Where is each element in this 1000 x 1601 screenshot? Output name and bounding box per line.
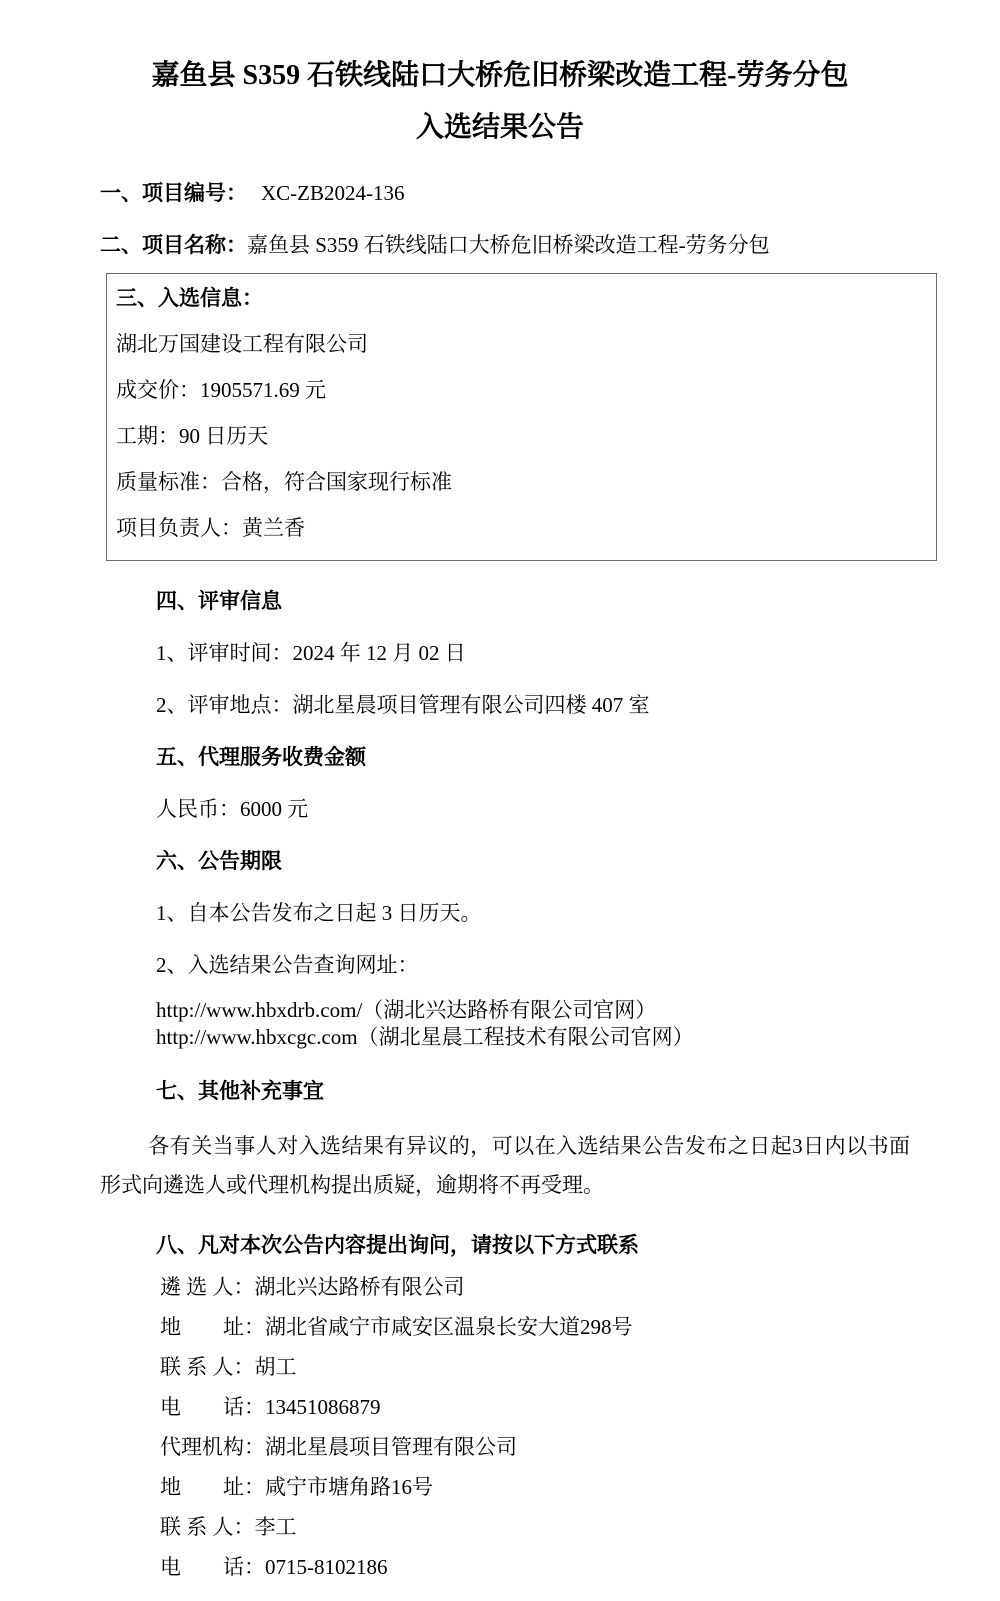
review-location: 2、评审地点：湖北星晨项目管理有限公司四楼 407 室 bbox=[156, 693, 920, 717]
project-number-value: XC-ZB2024-136 bbox=[247, 181, 405, 205]
agency-name-row: 代理机构：湖北星晨项目管理有限公司 bbox=[160, 1427, 920, 1467]
agency-phone-label: 电 话： bbox=[160, 1555, 265, 1579]
selector-phone-row: 电 话：13451086879 bbox=[160, 1387, 920, 1427]
project-name-value: 嘉鱼县 S359 石铁线陆口大桥危旧桥梁改造工程-劳务分包 bbox=[247, 233, 770, 257]
supplementary-matters-heading: 七、其他补充事宜 bbox=[156, 1079, 920, 1103]
agency-fee-heading: 五、代理服务收费金额 bbox=[156, 745, 920, 769]
agency-name-value: 湖北星晨项目管理有限公司 bbox=[265, 1435, 517, 1459]
agency-fee-amount: 人民币：6000 元 bbox=[156, 797, 920, 821]
selector-address-label: 地 址： bbox=[160, 1315, 265, 1339]
project-name-line: 二、项目名称：嘉鱼县 S359 石铁线陆口大桥危旧桥梁改造工程-劳务分包 bbox=[100, 232, 920, 258]
agency-phone-row: 电 话：0715-8102186 bbox=[160, 1547, 920, 1587]
selector-contact-person-row: 联 系 人：胡工 bbox=[160, 1347, 920, 1387]
announcement-document-page: 嘉鱼县 S359 石铁线陆口大桥危旧桥梁改造工程-劳务分包 入选结果公告 一、项… bbox=[0, 0, 1000, 1601]
announcement-period-days: 1、自本公告发布之日起 3 日历天。 bbox=[156, 901, 920, 925]
selector-name-row: 遴 选 人：湖北兴达路桥有限公司 bbox=[160, 1267, 920, 1307]
selector-address-value: 湖北省咸宁市咸安区温泉长安大道298号 bbox=[265, 1315, 633, 1339]
announcement-period-heading: 六、公告期限 bbox=[156, 849, 920, 873]
project-number-label: 一、项目编号： bbox=[100, 181, 247, 205]
selector-address-row: 地 址：湖北省咸宁市咸安区温泉长安大道298号 bbox=[160, 1307, 920, 1347]
agency-address-label: 地 址： bbox=[160, 1475, 265, 1499]
selector-contact-person-value: 胡工 bbox=[255, 1355, 297, 1379]
title-line-2: 入选结果公告 bbox=[0, 102, 1000, 154]
agency-name-label: 代理机构： bbox=[160, 1435, 265, 1459]
selector-name-value: 湖北兴达路桥有限公司 bbox=[255, 1275, 465, 1299]
project-name-label: 二、项目名称： bbox=[100, 233, 247, 257]
selection-info-heading: 三、入选信息： bbox=[116, 287, 926, 310]
agency-phone-value: 0715-8102186 bbox=[265, 1555, 388, 1579]
quality-standard: 质量标准：合格，符合国家现行标准 bbox=[116, 471, 926, 494]
selector-contact-person-label: 联 系 人： bbox=[160, 1355, 255, 1379]
construction-period: 工期：90 日历天 bbox=[116, 425, 926, 448]
project-manager: 项目负责人：黄兰香 bbox=[116, 517, 926, 540]
project-number-line: 一、项目编号：XC-ZB2024-136 bbox=[100, 180, 920, 206]
review-time: 1、评审时间：2024 年 12 月 02 日 bbox=[156, 641, 920, 665]
review-info-heading: 四、评审信息 bbox=[156, 589, 920, 613]
agency-contact-person-row: 联 系 人：李工 bbox=[160, 1507, 920, 1547]
document-title: 嘉鱼县 S359 石铁线陆口大桥危旧桥梁改造工程-劳务分包 入选结果公告 bbox=[0, 0, 1000, 154]
result-query-url-1: http://www.hbxdrb.com/（湖北兴达路桥有限公司官网） bbox=[156, 997, 940, 1024]
agency-address-row: 地 址：咸宁市塘角路16号 bbox=[160, 1467, 920, 1507]
objection-paragraph: 各有关当事人对入选结果有异议的，可以在入选结果公告发布之日起3日内以书面形式向遴… bbox=[100, 1127, 910, 1205]
deal-price: 成交价：1905571.69 元 bbox=[116, 379, 926, 402]
contact-section-heading: 八、凡对本次公告内容提出询问，请按以下方式联系 bbox=[156, 1233, 920, 1257]
contact-list: 遴 选 人：湖北兴达路桥有限公司 地 址：湖北省咸宁市咸安区温泉长安大道298号… bbox=[160, 1267, 920, 1587]
selection-info-box: 三、入选信息： 湖北万国建设工程有限公司 成交价：1905571.69 元 工期… bbox=[106, 273, 937, 561]
agency-contact-person-value: 李工 bbox=[255, 1515, 297, 1539]
agency-address-value: 咸宁市塘角路16号 bbox=[265, 1475, 433, 1499]
agency-contact-person-label: 联 系 人： bbox=[160, 1515, 255, 1539]
selector-name-label: 遴 选 人： bbox=[160, 1275, 255, 1299]
result-query-url-label: 2、入选结果公告查询网址： bbox=[156, 953, 920, 977]
selector-phone-value: 13451086879 bbox=[265, 1395, 381, 1419]
title-line-1: 嘉鱼县 S359 石铁线陆口大桥危旧桥梁改造工程-劳务分包 bbox=[0, 50, 1000, 102]
winning-company: 湖北万国建设工程有限公司 bbox=[116, 333, 926, 356]
result-query-url-2: http://www.hbxcgc.com（湖北星晨工程技术有限公司官网） bbox=[156, 1024, 940, 1051]
selector-phone-label: 电 话： bbox=[160, 1395, 265, 1419]
